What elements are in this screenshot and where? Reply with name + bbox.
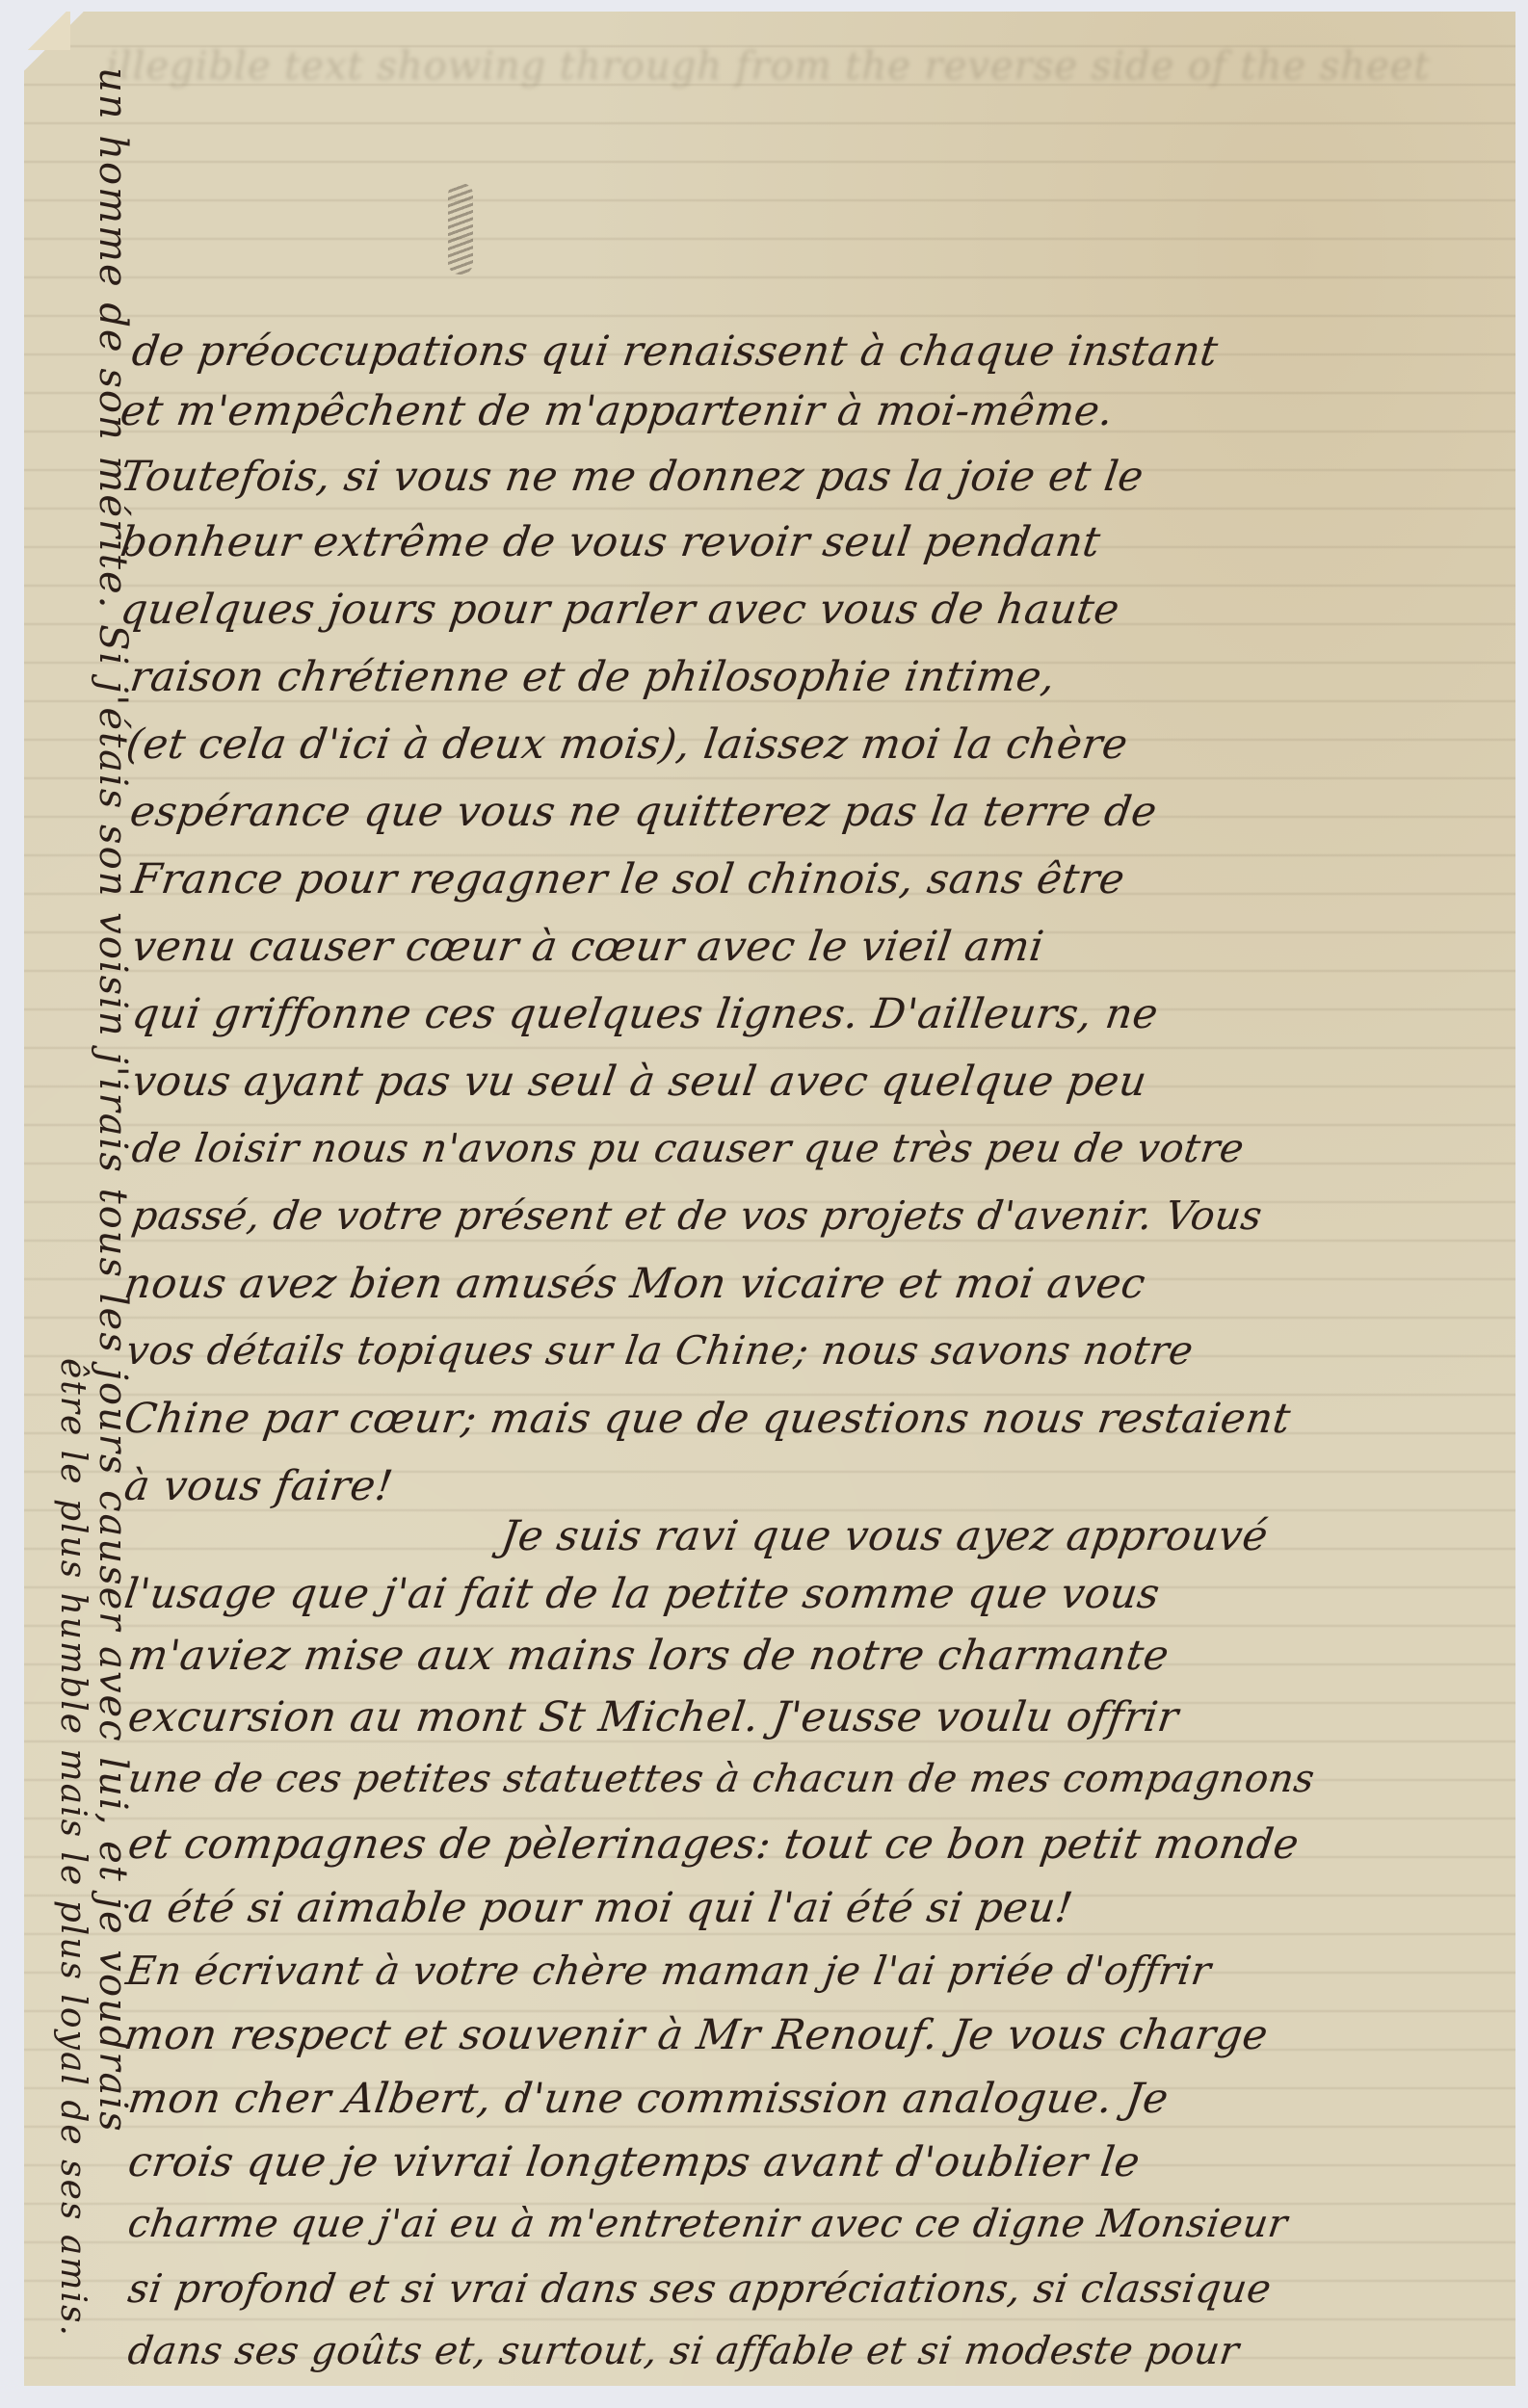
margin-note-line-1: un homme de son mérite. Si j'étais son v…	[91, 67, 135, 2133]
letter-line: l'usage que j'ai fait de la petite somme…	[121, 1570, 1163, 1618]
letter-line: mon cher Albert, d'une commission analog…	[125, 2075, 1172, 2123]
letter-line: si profond et si vrai dans ses appréciat…	[125, 2265, 1275, 2312]
letter-line: venu causer cœur à cœur avec le vieil am…	[129, 923, 1047, 971]
letter-line: a été si aimable pour moi qui l'ai été s…	[125, 1884, 1076, 1932]
letter-line: nous avez bien amusés Mon vicaire et moi…	[121, 1260, 1148, 1308]
letter-line: et m'empêchent de m'appartenir à moi-mêm…	[118, 387, 1117, 435]
letter-line: En écrivant à votre chère maman je l'ai …	[123, 1948, 1214, 1994]
letter-line: Toutefois, si vous ne me donnez pas la j…	[118, 453, 1146, 501]
letter-line: France pour regagner le sol chinois, san…	[129, 855, 1128, 903]
bleed-through-text: illegible text showing through from the …	[106, 39, 1493, 318]
letter-line: excursion au mont St Michel. J'eusse vou…	[125, 1693, 1181, 1741]
letter-line: m'aviez mise aux mains lors de notre cha…	[125, 1632, 1172, 1680]
letter-line: passé, de votre présent et de vos projet…	[129, 1192, 1265, 1239]
letter-line: de loisir nous n'avons pu causer que trè…	[129, 1125, 1247, 1171]
letter-line: Je suis ravi que vous ayez approuvé	[498, 1512, 1271, 1560]
letter-line: espérance que vous ne quitterez pas la t…	[127, 788, 1160, 836]
ink-smudge	[448, 183, 473, 275]
letter-line: et compagnes de pèlerinages: tout ce bon…	[125, 1820, 1302, 1869]
letter-line: raison chrétienne et de philosophie inti…	[127, 653, 1059, 701]
letter-line: Chine par cœur; mais que de questions no…	[121, 1395, 1294, 1443]
letter-line: qui griffonne ces quelques lignes. D'ail…	[129, 990, 1161, 1038]
margin-note-line-2: être le plus humble mais le plus loyal d…	[53, 1358, 92, 2338]
letter-line: mon respect et souvenir à Mr Renouf. Je …	[121, 2011, 1271, 2059]
letter-line: bonheur extrême de vous revoir seul pend…	[118, 518, 1103, 566]
letter-line: charme que j'ai eu à m'entretenir avec c…	[125, 2202, 1290, 2246]
letter-line: vous ayant pas vu seul à seul avec quelq…	[129, 1058, 1150, 1106]
letter-line: de préoccupations qui renaissent à chaqu…	[129, 327, 1221, 376]
letter-line: une de ces petites statuettes à chacun d…	[125, 1757, 1317, 1801]
letter-line: vos détails topiques sur la Chine; nous …	[123, 1327, 1197, 1374]
letter-line: à vous faire!	[121, 1462, 396, 1510]
letter-line: dans ses goûts et, surtout, si affable e…	[125, 2329, 1242, 2373]
letter-line: crois que je vivrai longtemps avant d'ou…	[125, 2138, 1143, 2186]
letter-line: (et cela d'ici à deux mois), laissez moi…	[123, 720, 1131, 769]
letter-line: quelques jours pour parler avec vous de …	[118, 586, 1122, 634]
vertical-margin-note: un homme de son mérite. Si j'étais son v…	[48, 39, 135, 2369]
